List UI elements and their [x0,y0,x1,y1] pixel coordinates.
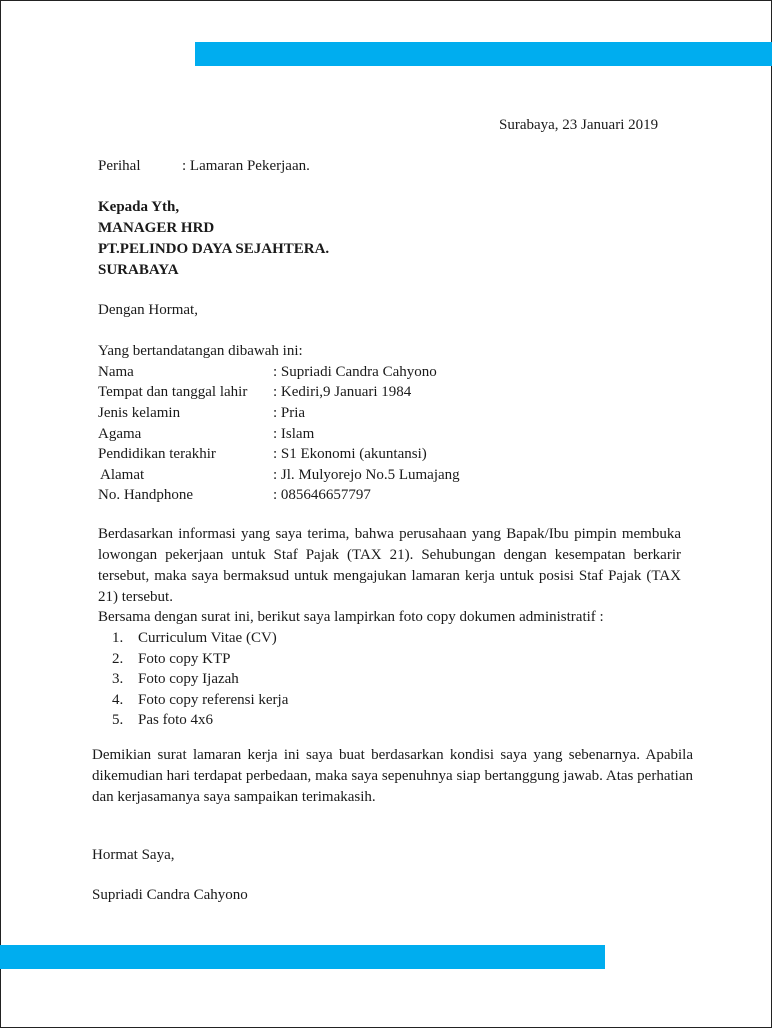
recipient-line: SURABAYA [98,260,329,281]
top-accent-bar [195,42,772,66]
list-number: 1. [112,628,123,648]
recipient-line: MANAGER HRD [98,218,329,239]
page-frame [0,0,772,1028]
list-item: Pas foto 4x6 [138,710,213,730]
body-paragraph-1: Berdasarkan informasi yang saya terima, … [98,524,681,608]
list-item: Foto copy referensi kerja [138,690,288,710]
list-number: 5. [112,710,123,730]
signature-name: Supriadi Candra Cahyono [92,885,248,905]
closing: Hormat Saya, [92,845,174,865]
field-value-birth: : Kediri,9 Januari 1984 [273,382,411,402]
intro-line: Yang bertandatangan dibawah ini: [98,341,303,361]
recipient-line: PT.PELINDO DAYA SEJAHTERA. [98,239,329,260]
list-number: 4. [112,690,123,710]
field-value-religion: : Islam [273,424,314,444]
subject-label: Perihal [98,156,141,176]
field-label-education: Pendidikan terakhir [98,444,216,464]
field-label-birth: Tempat dan tanggal lahir [98,382,247,402]
list-number: 3. [112,669,123,689]
list-item: Foto copy Ijazah [138,669,239,689]
field-value-gender: : Pria [273,403,305,423]
field-label-gender: Jenis kelamin [98,403,180,423]
letter-date: Surabaya, 23 Januari 2019 [499,115,658,135]
list-item: Curriculum Vitae (CV) [138,628,277,648]
field-value-name: : Supriadi Candra Cahyono [273,362,437,382]
body-paragraph-2: Demikian surat lamaran kerja ini saya bu… [92,745,693,808]
field-label-name: Nama [98,362,134,382]
list-item: Foto copy KTP [138,649,231,669]
field-value-address: : Jl. Mulyorejo No.5 Lumajang [273,465,460,485]
salutation: Dengan Hormat, [98,300,198,320]
field-value-education: : S1 Ekonomi (akuntansi) [273,444,427,464]
recipient-line: Kepada Yth, [98,197,329,218]
field-label-phone: No. Handphone [98,485,193,505]
field-label-religion: Agama [98,424,141,444]
field-value-phone: : 085646657797 [273,485,371,505]
recipient-block: Kepada Yth, MANAGER HRD PT.PELINDO DAYA … [98,197,329,281]
bottom-accent-bar [0,945,605,969]
attachments-intro: Bersama dengan surat ini, berikut saya l… [98,607,604,627]
field-label-address: Alamat [100,465,144,485]
subject-value: : Lamaran Pekerjaan. [182,156,310,176]
list-number: 2. [112,649,123,669]
